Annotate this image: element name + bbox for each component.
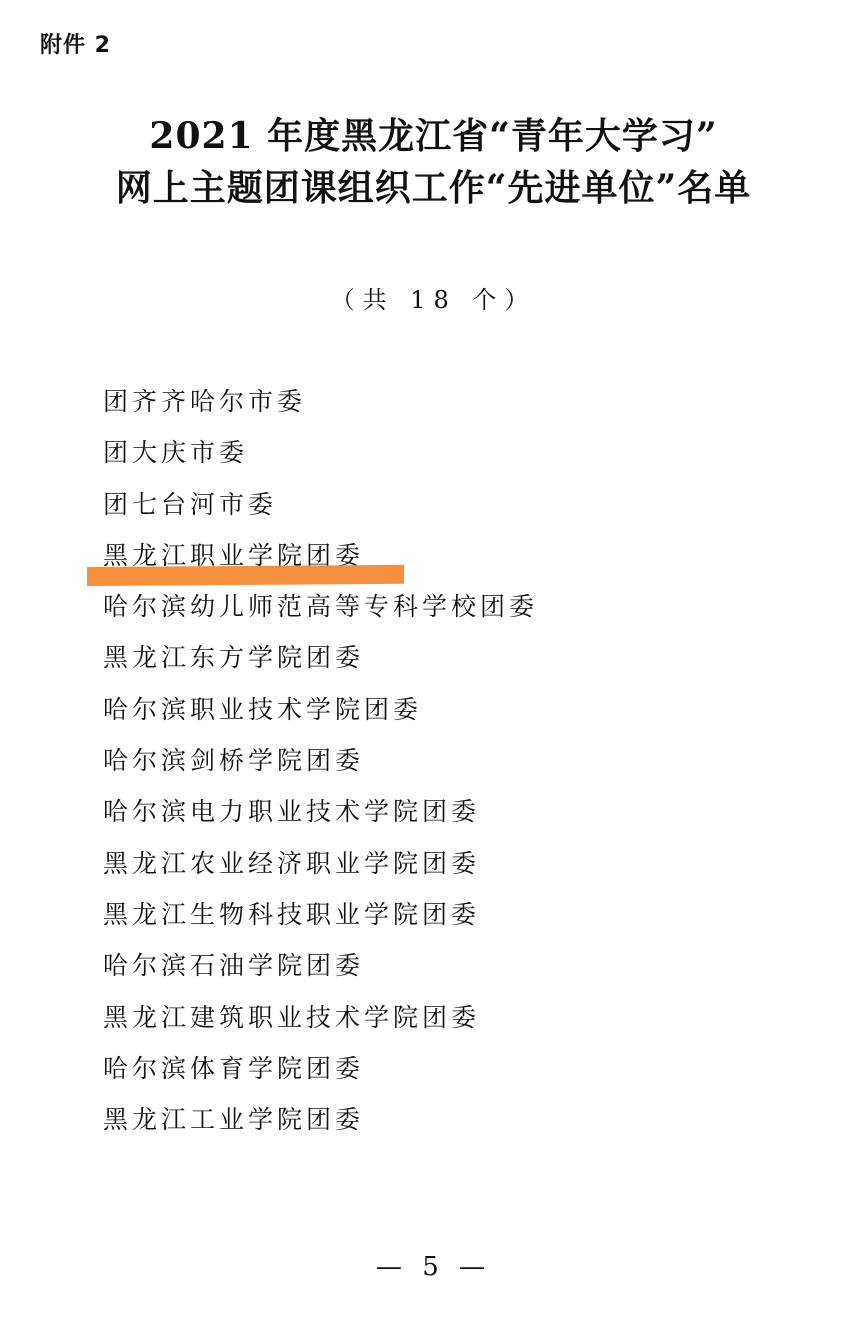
attachment-label: 附件 2 (40, 28, 111, 59)
highlight-underline-mark (87, 565, 404, 586)
page-number: — 5 — (0, 1252, 867, 1282)
list-item: 黑龙江农业经济职业学院团委 (103, 846, 538, 897)
list-item: 团七台河市委 (103, 487, 538, 538)
list-item: 黑龙江工业学院团委 (103, 1102, 538, 1153)
list-item: 哈尔滨石油学院团委 (103, 948, 538, 999)
list-item: 哈尔滨电力职业技术学院团委 (103, 794, 538, 845)
list-item: 哈尔滨体育学院团委 (103, 1051, 538, 1102)
list-item: 哈尔滨剑桥学院团委 (103, 743, 538, 794)
advanced-units-list: 团齐齐哈尔市委 团大庆市委 团七台河市委 黑龙江职业学院团委 哈尔滨幼儿师范高等… (103, 384, 538, 1153)
list-item: 哈尔滨幼儿师范高等专科学校团委 (103, 589, 538, 640)
list-item: 黑龙江东方学院团委 (103, 640, 538, 691)
list-item: 团齐齐哈尔市委 (103, 384, 538, 435)
document-title-line-2: 网上主题团课组织工作“先进单位”名单 (0, 170, 867, 206)
list-item: 团大庆市委 (103, 435, 538, 486)
document-title-line-1: 2021 年度黑龙江省“青年大学习” (0, 118, 867, 154)
list-item: 哈尔滨职业技术学院团委 (103, 692, 538, 743)
list-item: 黑龙江建筑职业技术学院团委 (103, 1000, 538, 1051)
unit-count: （共 18 个） (0, 280, 867, 315)
list-item: 黑龙江生物科技职业学院团委 (103, 897, 538, 948)
